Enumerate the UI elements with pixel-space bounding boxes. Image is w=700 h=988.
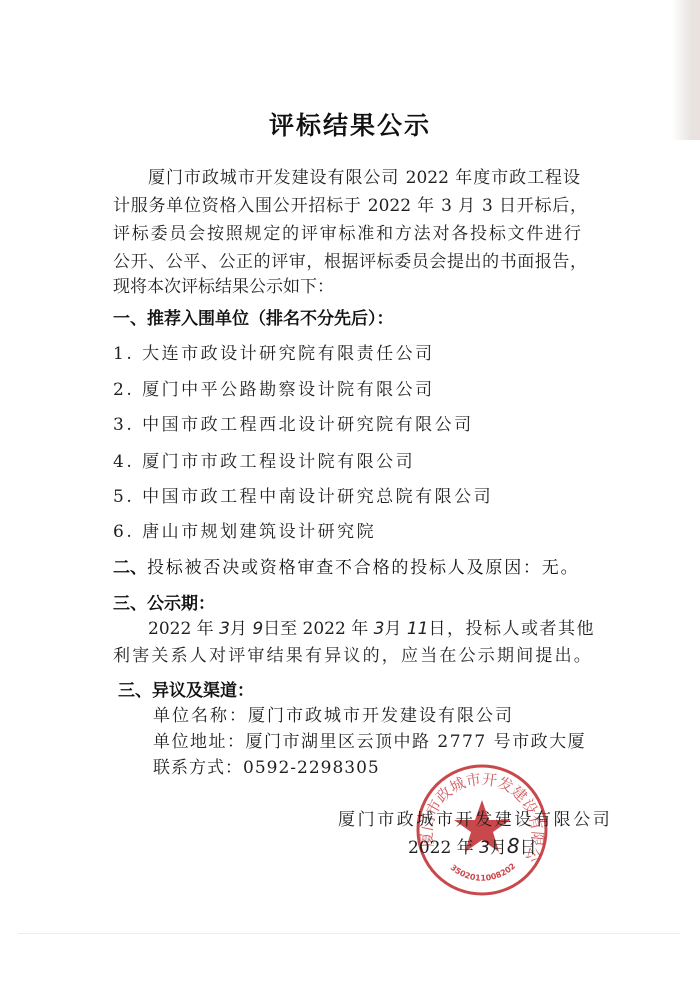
intro-line-3: 评标委员会按照规定的评审标准和方法对各投标文件进行 — [113, 222, 581, 246]
scan-bottom-line — [18, 933, 680, 934]
signature-date-year: 2022 年 — [408, 838, 479, 858]
intro-line-2: 计服务单位资格入围公开招标于 2022 年 3 月 3 日开标后， — [113, 194, 587, 218]
period-month-label-2: 月 — [384, 619, 406, 639]
unit-name-value: 厦门市政城市开发建设有限公司 — [248, 706, 514, 726]
intro-line-4: 公开、公平、公正的评审，根据评标委员会提出的书面报告， — [113, 250, 587, 274]
document-page: 评标结果公示 厦门市政城市开发建设有限公司 2022 年度市政工程设 计服务单位… — [0, 0, 700, 988]
signature-date-day: 8 — [507, 834, 520, 858]
contact-line: 联系方式：0592-2298305 — [153, 756, 380, 780]
section2-heading: 二、投标被否决或资格审查不合格的投标人及原因：无。 — [113, 556, 579, 580]
period-start-day: 9 — [252, 619, 263, 639]
unit-address-label: 单位地址： — [153, 732, 246, 752]
recommended-unit-2: 2. 厦门中平公路勘察设计院有限公司 — [113, 378, 435, 402]
unit-address-value: 厦门市湖里区云顶中路 2777 号市政大厦 — [246, 732, 587, 752]
unit-name-line: 单位名称：厦门市政城市开发建设有限公司 — [153, 704, 514, 728]
svg-text:3502011008202: 3502011008202 — [449, 861, 518, 882]
signature-company: 厦门市政城市开发建设有限公司 — [338, 808, 612, 832]
recommended-unit-1: 1. 大连市政设计研究院有限责任公司 — [113, 342, 435, 366]
publicity-period-line-2: 利害关系人对评审结果有异议的，应当在公示期间提出。 — [113, 644, 593, 668]
recommended-unit-5: 5. 中国市政工程中南设计研究总院有限公司 — [113, 485, 493, 509]
signature-date: 2022 年 3月8日 — [408, 834, 537, 860]
intro-line-5: 现将本次评标结果公示如下： — [113, 275, 334, 299]
period-end-day: 11 — [407, 619, 429, 639]
section1-heading: 一、推荐入围单位（排名不分先后）： — [113, 307, 394, 331]
contact-value: 0592-2298305 — [243, 758, 380, 778]
period-start-year: 2022 年 — [148, 619, 219, 639]
unit-name-label: 单位名称： — [153, 706, 248, 726]
period-start-month: 3 — [219, 619, 230, 639]
document-title: 评标结果公示 — [0, 106, 700, 142]
seal-code-text: 3502011008202 — [449, 861, 518, 882]
period-tail: 日，投标人或者其他 — [429, 619, 596, 639]
period-month-label: 月 — [230, 619, 252, 639]
publicity-period-line: 2022 年 3月 9日至 2022 年 3月 11日，投标人或者其他 — [148, 617, 595, 641]
section3-heading: 三、公示期： — [113, 592, 215, 616]
section2-heading-prefix: 二、 — [113, 558, 147, 578]
unit-address-line: 单位地址：厦门市湖里区云顶中路 2777 号市政大厦 — [153, 730, 586, 754]
section2-text: 投标被否决或资格审查不合格的投标人及原因：无。 — [147, 558, 579, 578]
recommended-unit-4: 4. 厦门市市政工程设计院有限公司 — [113, 450, 415, 474]
period-to-label: 日至 2022 年 — [263, 619, 373, 639]
period-end-month: 3 — [374, 619, 385, 639]
intro-line-1: 厦门市政城市开发建设有限公司 2022 年度市政工程设 — [148, 166, 580, 190]
contact-label: 联系方式： — [153, 758, 243, 778]
signature-date-month-label: 月 — [490, 838, 507, 858]
signature-date-suffix: 日 — [520, 838, 537, 858]
signature-date-month: 3 — [479, 838, 490, 858]
recommended-unit-3: 3. 中国市政工程西北设计研究院有限公司 — [113, 413, 474, 437]
recommended-unit-6: 6. 唐山市规划建筑设计研究院 — [113, 520, 376, 544]
section4-heading: 三、异议及渠道： — [118, 679, 254, 703]
